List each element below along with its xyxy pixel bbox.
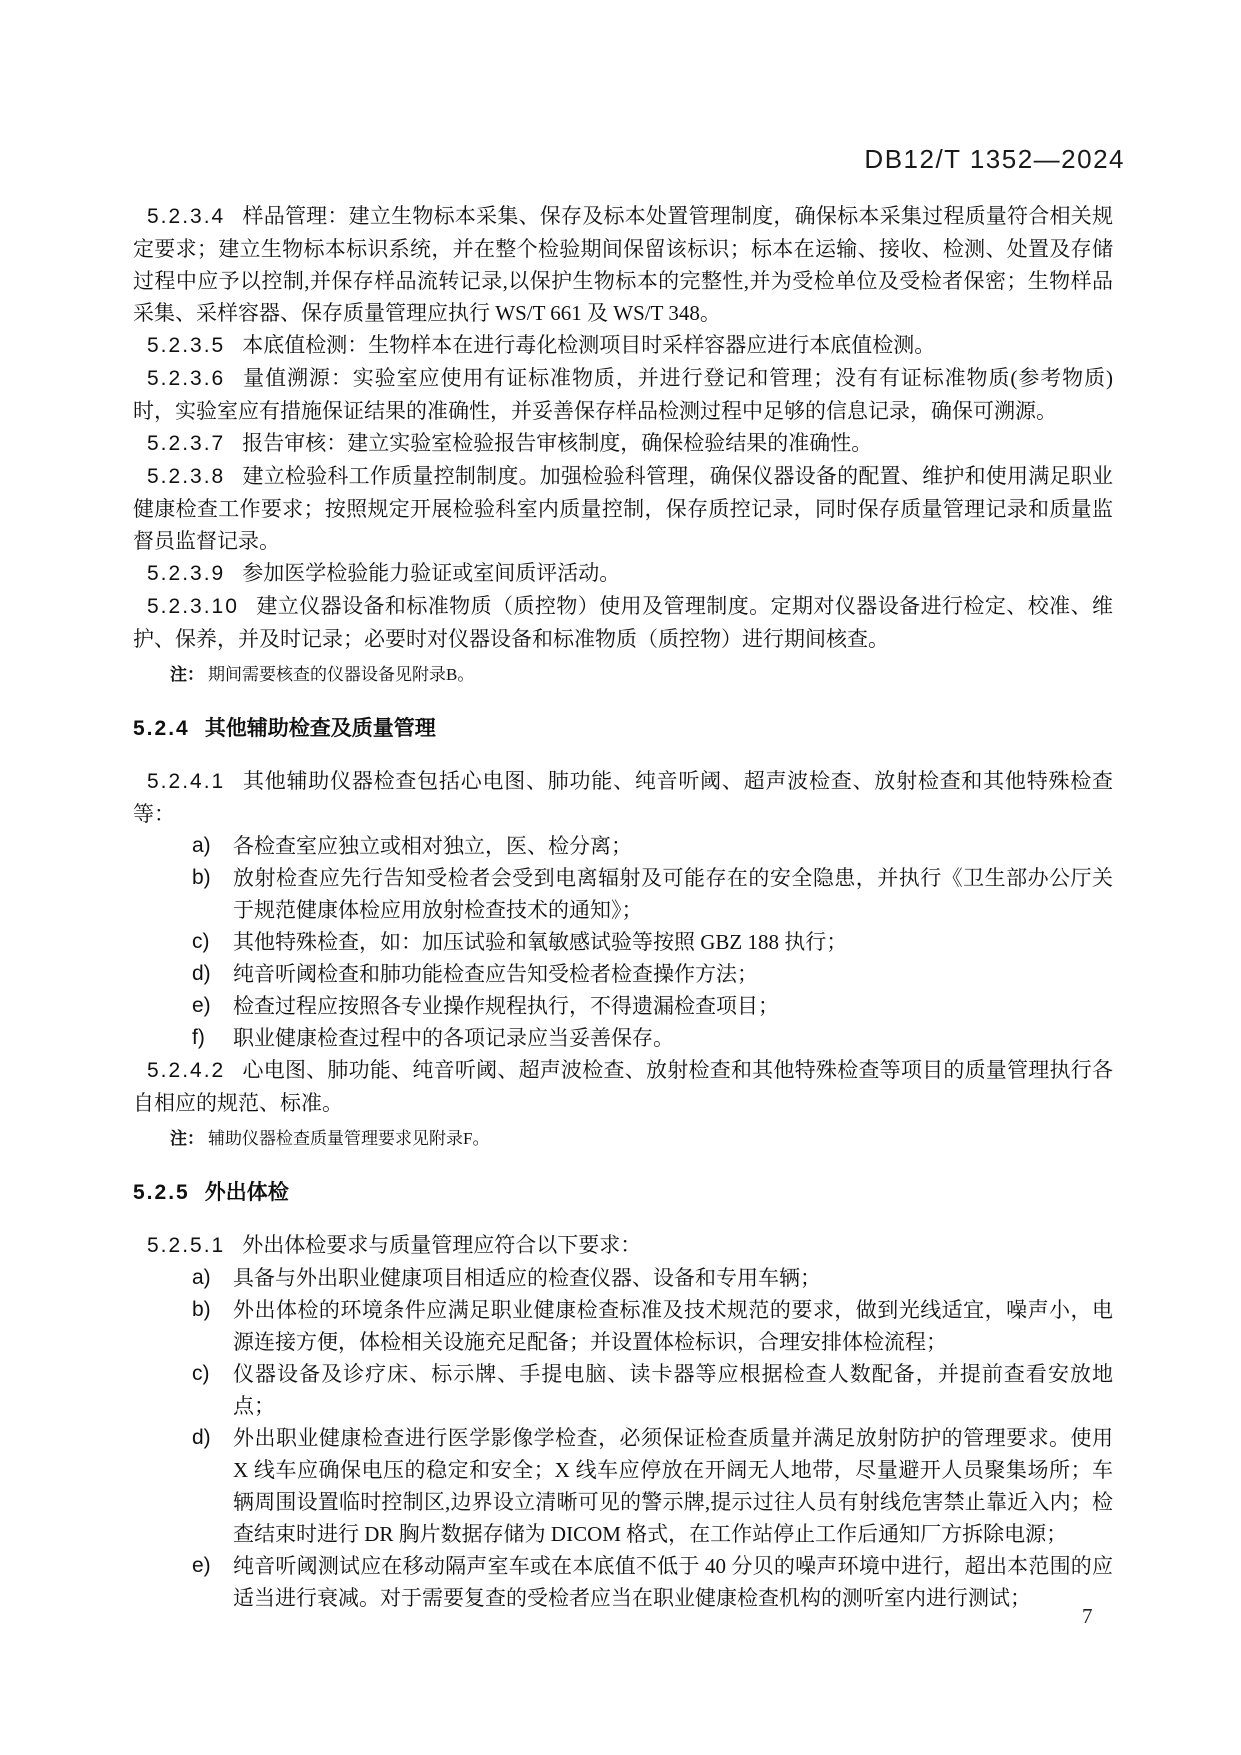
section-number: 5.2.4 bbox=[133, 717, 190, 740]
list-item: e)检查过程应按照各专业操作规程执行，不得遗漏检查项目； bbox=[192, 990, 1113, 1022]
list-5-2-5-1: a)具备与外出职业健康项目相适应的检查仪器、设备和专用车辆； b)外出体检的环境… bbox=[133, 1262, 1113, 1614]
note-label: 注： bbox=[170, 1129, 204, 1148]
clause-number: 5.2.3.9 bbox=[147, 562, 225, 585]
list-5-2-4-1: a)各检查室应独立或相对独立，医、检分离； b)放射检查应先行告知受检者会受到电… bbox=[133, 830, 1113, 1054]
clause-5-2-3-5: 5.2.3.5本底值检测：生物样本在进行毒化检测项目时采样容器应进行本底值检测。 bbox=[133, 329, 1113, 362]
clause-5-2-3-7: 5.2.3.7报告审核：建立实验室检验报告审核制度，确保检验结果的准确性。 bbox=[133, 427, 1113, 460]
clause-number: 5.2.3.6 bbox=[147, 367, 225, 390]
note-text: 辅助仪器检查质量管理要求见附录F。 bbox=[208, 1129, 489, 1148]
list-item-label: d) bbox=[192, 958, 233, 990]
list-item-text: 外出体检的环境条件应满足职业健康检查标准及技术规范的要求，做到光线适宜，噪声小，… bbox=[233, 1294, 1113, 1358]
section-number: 5.2.5 bbox=[133, 1181, 190, 1204]
list-item-text: 放射检查应先行告知受检者会受到电离辐射及可能存在的安全隐患，并执行《卫生部办公厅… bbox=[233, 862, 1113, 926]
list-item-text: 职业健康检查过程中的各项记录应当妥善保存。 bbox=[233, 1022, 1113, 1054]
clause-text: 其他辅助仪器检查包括心电图、肺功能、纯音听阈、超声波检查、放射检查和其他特殊检查… bbox=[133, 769, 1113, 826]
note-appendix-b: 注：期间需要核查的仪器设备见附录B。 bbox=[133, 661, 1113, 689]
list-item: f)职业健康检查过程中的各项记录应当妥善保存。 bbox=[192, 1022, 1113, 1054]
list-item-label: c) bbox=[192, 1358, 233, 1422]
note-text: 期间需要核查的仪器设备见附录B。 bbox=[208, 665, 474, 684]
section-heading-5-2-4: 5.2.4其他辅助检查及质量管理 bbox=[133, 713, 1113, 745]
clause-5-2-3-4: 5.2.3.4样品管理：建立生物标本采集、保存及标本处置管理制度，确保标本采集过… bbox=[133, 200, 1113, 329]
clause-5-2-3-8: 5.2.3.8建立检验科工作质量控制制度。加强检验科管理，确保仪器设备的配置、维… bbox=[133, 460, 1113, 557]
list-item-label: e) bbox=[192, 1550, 233, 1614]
clause-text: 样品管理：建立生物标本采集、保存及标本处置管理制度，确保标本采集过程质量符合相关… bbox=[133, 204, 1113, 325]
list-item: b)放射检查应先行告知受检者会受到电离辐射及可能存在的安全隐患，并执行《卫生部办… bbox=[192, 862, 1113, 926]
document-content: 5.2.3.4样品管理：建立生物标本采集、保存及标本处置管理制度，确保标本采集过… bbox=[133, 200, 1113, 1614]
list-item: d)纯音听阈检查和肺功能检查应告知受检者检查操作方法； bbox=[192, 958, 1113, 990]
clause-number: 5.2.5.1 bbox=[147, 1234, 225, 1257]
list-item-label: b) bbox=[192, 1294, 233, 1358]
list-item-label: f) bbox=[192, 1022, 233, 1054]
clause-number: 5.2.3.10 bbox=[147, 595, 239, 618]
clause-number: 5.2.4.1 bbox=[147, 770, 225, 793]
page-number: 7 bbox=[1082, 1604, 1093, 1629]
list-item-text: 检查过程应按照各专业操作规程执行，不得遗漏检查项目； bbox=[233, 990, 1113, 1022]
section-title: 其他辅助检查及质量管理 bbox=[205, 717, 436, 740]
clause-text: 建立检验科工作质量控制制度。加强检验科管理，确保仪器设备的配置、维护和使用满足职… bbox=[133, 464, 1113, 553]
clause-text: 本底值检测：生物样本在进行毒化检测项目时采样容器应进行本底值检测。 bbox=[242, 333, 935, 357]
list-item: a)各检查室应独立或相对独立，医、检分离； bbox=[192, 830, 1113, 862]
doc-number: DB12/T 1352—2024 bbox=[864, 144, 1125, 175]
list-item-text: 仪器设备及诊疗床、标示牌、手提电脑、读卡器等应根据检查人数配备，并提前查看安放地… bbox=[233, 1358, 1113, 1422]
clause-number: 5.2.3.8 bbox=[147, 465, 225, 488]
clause-5-2-4-1: 5.2.4.1其他辅助仪器检查包括心电图、肺功能、纯音听阈、超声波检查、放射检查… bbox=[133, 765, 1113, 830]
list-item-label: d) bbox=[192, 1422, 233, 1550]
list-item: a)具备与外出职业健康项目相适应的检查仪器、设备和专用车辆； bbox=[192, 1262, 1113, 1294]
document-page: DB12/T 1352—2024 5.2.3.4样品管理：建立生物标本采集、保存… bbox=[0, 0, 1241, 1755]
clause-text: 外出体检要求与质量管理应符合以下要求： bbox=[242, 1233, 641, 1257]
list-item-text: 其他特殊检查，如：加压试验和氧敏感试验等按照 GBZ 188 执行； bbox=[233, 926, 1113, 958]
clause-5-2-3-6: 5.2.3.6量值溯源：实验室应使用有证标准物质，并进行登记和管理；没有有证标准… bbox=[133, 362, 1113, 427]
clause-text: 建立仪器设备和标准物质（质控物）使用及管理制度。定期对仪器设备进行检定、校准、维… bbox=[133, 594, 1113, 651]
list-item-text: 纯音听阈检查和肺功能检查应告知受检者检查操作方法； bbox=[233, 958, 1113, 990]
clause-number: 5.2.3.4 bbox=[147, 205, 225, 228]
list-item-label: b) bbox=[192, 862, 233, 926]
clause-5-2-3-10: 5.2.3.10建立仪器设备和标准物质（质控物）使用及管理制度。定期对仪器设备进… bbox=[133, 590, 1113, 655]
list-item-label: a) bbox=[192, 1262, 233, 1294]
clause-5-2-5-1: 5.2.5.1外出体检要求与质量管理应符合以下要求： bbox=[133, 1229, 1113, 1262]
clause-text: 报告审核：建立实验室检验报告审核制度，确保检验结果的准确性。 bbox=[242, 431, 872, 455]
list-item-text: 具备与外出职业健康项目相适应的检查仪器、设备和专用车辆； bbox=[233, 1262, 1113, 1294]
clause-number: 5.2.4.2 bbox=[147, 1059, 225, 1082]
list-item: e)纯音听阈测试应在移动隔声室车或在本底值不低于 40 分贝的噪声环境中进行，超… bbox=[192, 1550, 1113, 1614]
note-label: 注： bbox=[170, 665, 204, 684]
clause-text: 量值溯源：实验室应使用有证标准物质，并进行登记和管理；没有有证标准物质(参考物质… bbox=[133, 366, 1113, 423]
list-item-text: 各检查室应独立或相对独立，医、检分离； bbox=[233, 830, 1113, 862]
list-item: d)外出职业健康检查进行医学影像学检查，必须保证检查质量并满足放射防护的管理要求… bbox=[192, 1422, 1113, 1550]
list-item-text: 外出职业健康检查进行医学影像学检查，必须保证检查质量并满足放射防护的管理要求。使… bbox=[233, 1422, 1113, 1550]
list-item-label: e) bbox=[192, 990, 233, 1022]
list-item: b)外出体检的环境条件应满足职业健康检查标准及技术规范的要求，做到光线适宜，噪声… bbox=[192, 1294, 1113, 1358]
list-item-text: 纯音听阈测试应在移动隔声室车或在本底值不低于 40 分贝的噪声环境中进行，超出本… bbox=[233, 1550, 1113, 1614]
clause-number: 5.2.3.7 bbox=[147, 432, 225, 455]
section-title: 外出体检 bbox=[205, 1181, 289, 1204]
note-appendix-f: 注：辅助仪器检查质量管理要求见附录F。 bbox=[133, 1125, 1113, 1153]
list-item: c)仪器设备及诊疗床、标示牌、手提电脑、读卡器等应根据检查人数配备，并提前查看安… bbox=[192, 1358, 1113, 1422]
clause-5-2-4-2: 5.2.4.2心电图、肺功能、纯音听阈、超声波检查、放射检查和其他特殊检查等项目… bbox=[133, 1054, 1113, 1119]
section-heading-5-2-5: 5.2.5外出体检 bbox=[133, 1177, 1113, 1209]
clause-5-2-3-9: 5.2.3.9参加医学检验能力验证或室间质评活动。 bbox=[133, 557, 1113, 590]
clause-number: 5.2.3.5 bbox=[147, 334, 225, 357]
clause-text: 心电图、肺功能、纯音听阈、超声波检查、放射检查和其他特殊检查等项目的质量管理执行… bbox=[133, 1058, 1113, 1115]
clause-text: 参加医学检验能力验证或室间质评活动。 bbox=[242, 561, 620, 585]
list-item-label: a) bbox=[192, 830, 233, 862]
list-item-label: c) bbox=[192, 926, 233, 958]
list-item: c)其他特殊检查，如：加压试验和氧敏感试验等按照 GBZ 188 执行； bbox=[192, 926, 1113, 958]
